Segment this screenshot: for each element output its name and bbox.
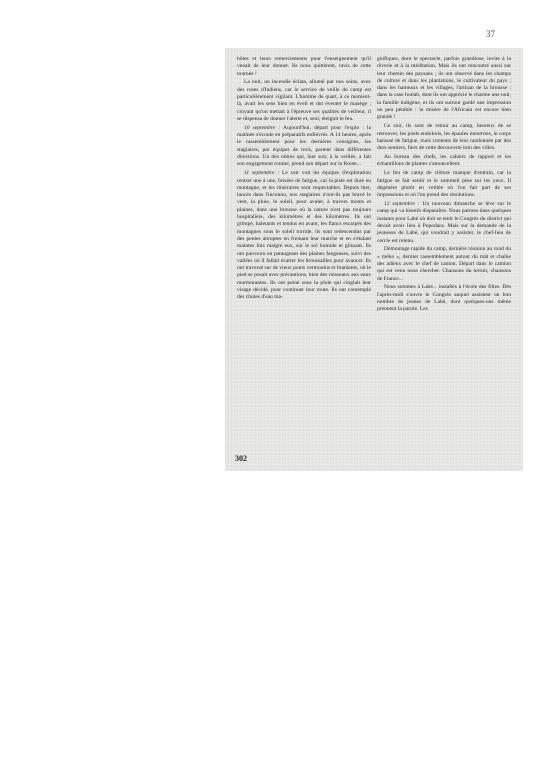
page-number: 37 <box>486 29 495 39</box>
paragraph: Démontage rapide du camp, dernière réuni… <box>377 246 511 282</box>
date-label: 12 septembre : <box>384 201 420 207</box>
paragraph-text: Un nouveau dimanche se lève sur le camp … <box>377 201 511 243</box>
scanned-page: hôtes et leurs remerciements pour l'ense… <box>225 48 523 471</box>
paragraph-text: Aujourd'hui, départ pour l'explo : la ma… <box>237 125 371 167</box>
dated-paragraph: 10 septembre : Aujourd'hui, départ pour … <box>237 125 371 169</box>
paragraph: Au bureau des chefs, les cahiers de rapp… <box>377 154 511 169</box>
paragraph: hôtes et leurs remerciements pour l'ense… <box>237 56 371 78</box>
left-column: hôtes et leurs remerciements pour l'ense… <box>237 56 371 451</box>
paragraph: Le feu de camp de clôture manque d'entra… <box>377 170 511 199</box>
dated-paragraph: 12 septembre : Un nouveau dimanche se lè… <box>377 201 511 245</box>
paragraph-text: Le soir voit les équipes d'exploration r… <box>237 170 371 300</box>
paragraph: gnifiques, dont le spectacle, parfois gr… <box>377 56 511 122</box>
paragraph: Ce soir, ils sont de retour au camp, heu… <box>377 123 511 152</box>
paragraph: La nuit, un incendie éclata, allumé par … <box>237 79 371 123</box>
date-label: 11 septembre : <box>244 170 279 176</box>
date-label: 10 septembre : <box>244 125 280 131</box>
folio-number: 302 <box>235 454 247 463</box>
text-columns: hôtes et leurs remerciements pour l'ense… <box>237 56 515 451</box>
dated-paragraph: 11 septembre : Le soir voit les équipes … <box>237 170 371 301</box>
paragraph: Nous sommes à Labé... installés à l'écol… <box>377 284 511 313</box>
right-column: gnifiques, dont le spectacle, parfois gr… <box>377 56 511 451</box>
